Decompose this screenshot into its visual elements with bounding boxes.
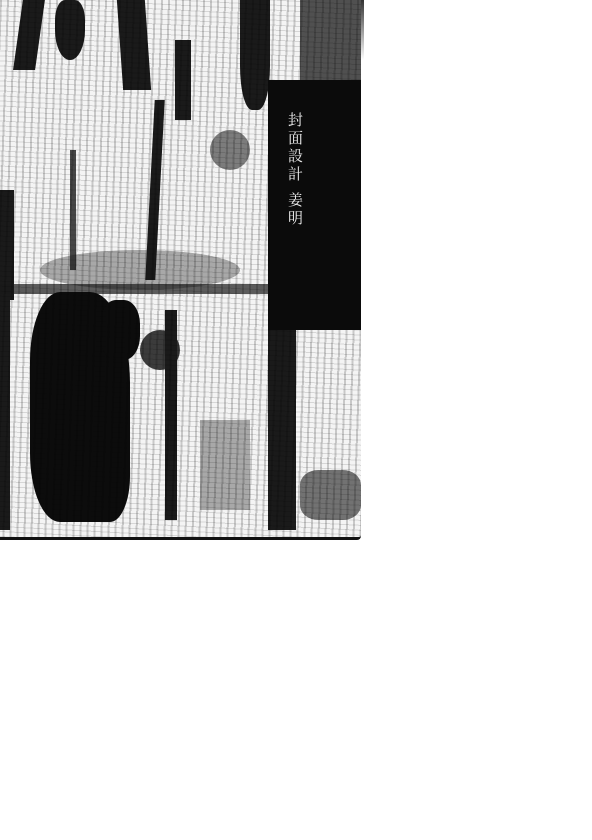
credit-role: 封面設計 [286, 112, 304, 184]
scan-edge [361, 0, 364, 60]
cover-image: 封面設計姜明 [0, 0, 361, 540]
credit-name: 姜明 [286, 192, 304, 228]
page: 封面設計姜明 [0, 0, 592, 840]
credit-panel [268, 80, 361, 330]
cover-design-credit: 封面設計姜明 [287, 112, 302, 228]
